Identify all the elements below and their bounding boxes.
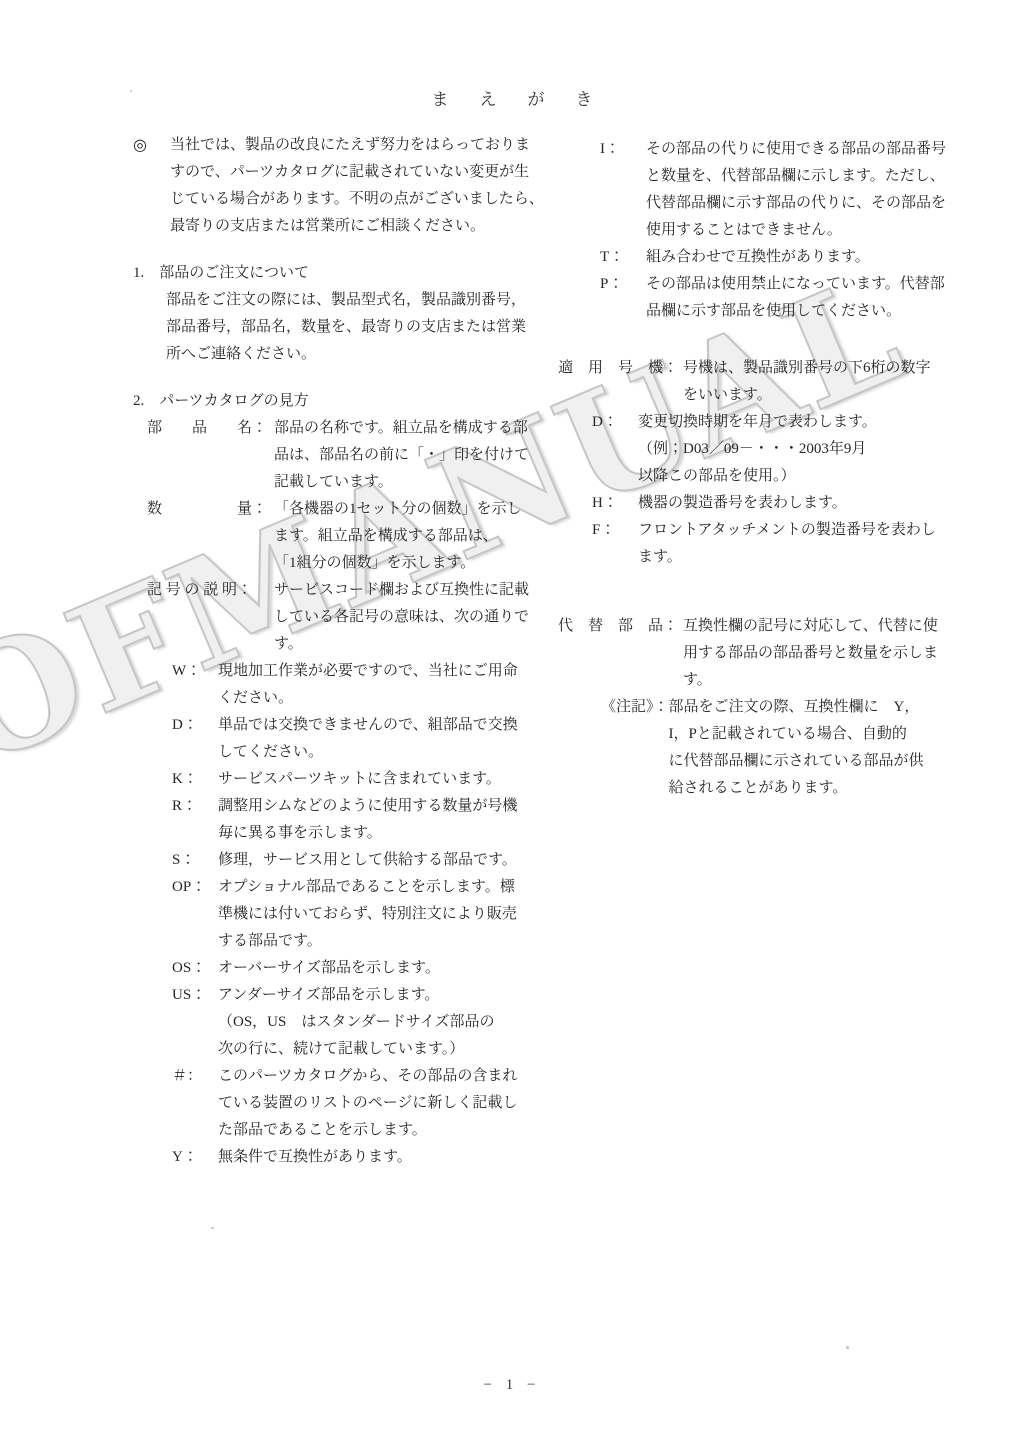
intro-text: 当社では、製品の改良にたえず努力をはらっておりま すので、パーツカタログに記載さ… bbox=[170, 132, 549, 240]
symbol-row: D： 変更切換時期を年月で表わします。 （例；D03／09－・・・2003年9月… bbox=[558, 409, 990, 490]
symbol-desc: 機器の製造番号を表わします。 bbox=[638, 490, 990, 517]
note-row: 《注記》： 部品をご注文の際、互換性欄に Y， I，Pと記載されている場合、自動… bbox=[601, 694, 990, 802]
definition-desc: 互換性欄の記号に対応して、代替に使 用する部品の部品番号と数量を示しま す。 bbox=[683, 613, 990, 694]
symbol-code: P： bbox=[600, 271, 646, 298]
symbol-desc: オプショナル部品であることを示します。標 準機には付いておらず、特別注文により販… bbox=[218, 874, 549, 955]
page-number: − 1 − bbox=[0, 1372, 1024, 1399]
symbol-desc: オーバーサイズ部品を示します。 bbox=[218, 955, 549, 982]
symbol-code: OS： bbox=[172, 955, 218, 982]
symbol-desc: サービスパーツキットに含まれています。 bbox=[218, 766, 549, 793]
symbol-row: Y： 無条件で互換性があります。 bbox=[133, 1144, 549, 1171]
definition-term: 適 用 号 機： bbox=[558, 355, 683, 382]
intro-paragraph: ◎ 当社では、製品の改良にたえず努力をはらっておりま すので、パーツカタログに記… bbox=[133, 132, 549, 240]
definition-desc: サービスコード欄および互換性に記載 している各記号の意味は、次の通りで す。 bbox=[274, 577, 549, 658]
symbol-desc: 調整用シムなどのように使用する数量が号機 毎に異る事を示します。 bbox=[218, 793, 549, 847]
symbol-row: H： 機器の製造番号を表わします。 bbox=[558, 490, 990, 517]
symbol-desc: その部品は使用禁止になっています。代替部 品欄に示す部品を使用してください。 bbox=[646, 271, 990, 325]
symbol-row: W： 現地加工作業が必要ですので、当社にご用命 ください。 bbox=[133, 658, 549, 712]
section-ordering: 1. 部品のご注文について 部品をご注文の際には、製品型式名，製品識別番号， 部… bbox=[133, 260, 549, 368]
symbol-desc: 変更切換時期を年月で表わします。 （例；D03／09－・・・2003年9月 以降… bbox=[638, 409, 990, 490]
definition-term: 数 量： bbox=[147, 496, 274, 523]
definition-desc: 部品の名称です。組立品を構成する部 品は、部品名の前に「・」印を付けて 記載して… bbox=[274, 415, 549, 496]
symbol-code: F： bbox=[592, 517, 638, 544]
scan-artifact bbox=[846, 1346, 849, 1349]
symbol-desc: 単品では交換できませんので、組部品で交換 してください。 bbox=[218, 712, 549, 766]
symbol-code: K： bbox=[172, 766, 218, 793]
definition-row: 代 替 部 品： 互換性欄の記号に対応して、代替に使 用する部品の部品番号と数量… bbox=[558, 613, 990, 694]
left-column: ◎ 当社では、製品の改良にたえず努力をはらっておりま すので、パーツカタログに記… bbox=[133, 132, 549, 1171]
symbol-row: K： サービスパーツキットに含まれています。 bbox=[133, 766, 549, 793]
section-catalog-guide: 2. パーツカタログの見方 部 品 名： 部品の名称です。組立品を構成する部 品… bbox=[133, 388, 549, 1171]
symbol-code: D： bbox=[592, 409, 638, 436]
definition-row: 記 号 の 説 明： サービスコード欄および互換性に記載 している各記号の意味は… bbox=[133, 577, 549, 658]
symbol-desc: アンダーサイズ部品を示します。 （OS，US はスタンダードサイズ部品の 次の行… bbox=[218, 982, 549, 1063]
symbol-row: I： その部品の代りに使用できる部品の部品番号 と数量を、代替部品欄に示します。… bbox=[558, 136, 990, 244]
symbol-code: D： bbox=[172, 712, 218, 739]
definition-desc: 「各機器の1セット分の個数」を示し ます。組立品を構成する部品は、 「1組分の個… bbox=[274, 496, 549, 577]
symbol-desc: このパーツカタログから、その部品の含まれ ている装置のリストのページに新しく記載… bbox=[218, 1063, 549, 1144]
definition-term: 代 替 部 品： bbox=[558, 613, 683, 640]
symbol-code: H： bbox=[592, 490, 638, 517]
scan-artifact bbox=[130, 90, 132, 92]
symbol-code: S： bbox=[172, 847, 218, 874]
symbol-desc: フロントアタッチメントの製造番号を表わし ます。 bbox=[638, 517, 990, 571]
symbol-row: OP： オプショナル部品であることを示します。標 準機には付いておらず、特別注文… bbox=[133, 874, 549, 955]
symbol-desc: その部品の代りに使用できる部品の部品番号 と数量を、代替部品欄に示します。ただし… bbox=[646, 136, 990, 244]
note-desc: 部品をご注文の際、互換性欄に Y， I，Pと記載されている場合、自動的 に代替部… bbox=[669, 694, 990, 802]
symbol-code: Y： bbox=[172, 1144, 218, 1171]
note-label: 《注記》： bbox=[601, 694, 669, 721]
symbol-row: P： その部品は使用禁止になっています。代替部 品欄に示す部品を使用してください… bbox=[558, 271, 990, 325]
symbol-desc: 修理，サービス用として供給する部品です。 bbox=[218, 847, 549, 874]
scan-artifact bbox=[211, 1227, 214, 1229]
definition-term: 部 品 名： bbox=[147, 415, 274, 442]
intro-bullet: ◎ bbox=[133, 132, 170, 159]
symbol-code: I： bbox=[600, 136, 646, 163]
symbol-desc: 組み合わせで互換性があります。 bbox=[646, 244, 990, 271]
applicable-machine-block: 適 用 号 機： 号機は、製品識別番号の下6桁の数字 をいいます。 D： 変更切… bbox=[558, 355, 990, 571]
symbol-row: OS： オーバーサイズ部品を示します。 bbox=[133, 955, 549, 982]
symbol-row: D： 単品では交換できませんので、組部品で交換 してください。 bbox=[133, 712, 549, 766]
document-page: OFMANUAL まえがき ◎ 当社では、製品の改良にたえず努力をはらっておりま… bbox=[0, 0, 1024, 1447]
symbol-row: F： フロントアタッチメントの製造番号を表わし ます。 bbox=[558, 517, 990, 571]
symbol-code: R： bbox=[172, 793, 218, 820]
symbol-row: R： 調整用シムなどのように使用する数量が号機 毎に異る事を示します。 bbox=[133, 793, 549, 847]
alternative-parts-block: 代 替 部 品： 互換性欄の記号に対応して、代替に使 用する部品の部品番号と数量… bbox=[558, 613, 990, 802]
symbol-row: S： 修理，サービス用として供給する部品です。 bbox=[133, 847, 549, 874]
symbol-row: US： アンダーサイズ部品を示します。 （OS，US はスタンダードサイズ部品の… bbox=[133, 982, 549, 1063]
definition-row: 数 量： 「各機器の1セット分の個数」を示し ます。組立品を構成する部品は、 「… bbox=[133, 496, 549, 577]
section1-body: 部品をご注文の際には、製品型式名，製品識別番号， 部品番号，部品名，数量を、最寄… bbox=[166, 287, 549, 368]
section1-heading: 1. 部品のご注文について bbox=[133, 260, 549, 287]
symbol-row: T： 組み合わせで互換性があります。 bbox=[558, 244, 990, 271]
definition-desc: 号機は、製品識別番号の下6桁の数字 をいいます。 bbox=[683, 355, 990, 409]
symbol-code: W： bbox=[172, 658, 218, 685]
page-title: まえがき bbox=[0, 86, 1024, 113]
definition-row: 部 品 名： 部品の名称です。組立品を構成する部 品は、部品名の前に「・」印を付… bbox=[133, 415, 549, 496]
symbol-code: ＃： bbox=[172, 1063, 218, 1090]
section2-heading: 2. パーツカタログの見方 bbox=[133, 388, 549, 415]
symbol-code: T： bbox=[600, 244, 646, 271]
definition-row: 適 用 号 機： 号機は、製品識別番号の下6桁の数字 をいいます。 bbox=[558, 355, 990, 409]
symbol-desc: 無条件で互換性があります。 bbox=[218, 1144, 549, 1171]
symbol-code: US： bbox=[172, 982, 218, 1009]
symbol-code: OP： bbox=[172, 874, 218, 901]
symbol-row: ＃： このパーツカタログから、その部品の含まれ ている装置のリストのページに新し… bbox=[133, 1063, 549, 1144]
right-column: I： その部品の代りに使用できる部品の部品番号 と数量を、代替部品欄に示します。… bbox=[558, 136, 990, 802]
definition-term: 記 号 の 説 明： bbox=[147, 577, 274, 604]
symbol-desc: 現地加工作業が必要ですので、当社にご用命 ください。 bbox=[218, 658, 549, 712]
